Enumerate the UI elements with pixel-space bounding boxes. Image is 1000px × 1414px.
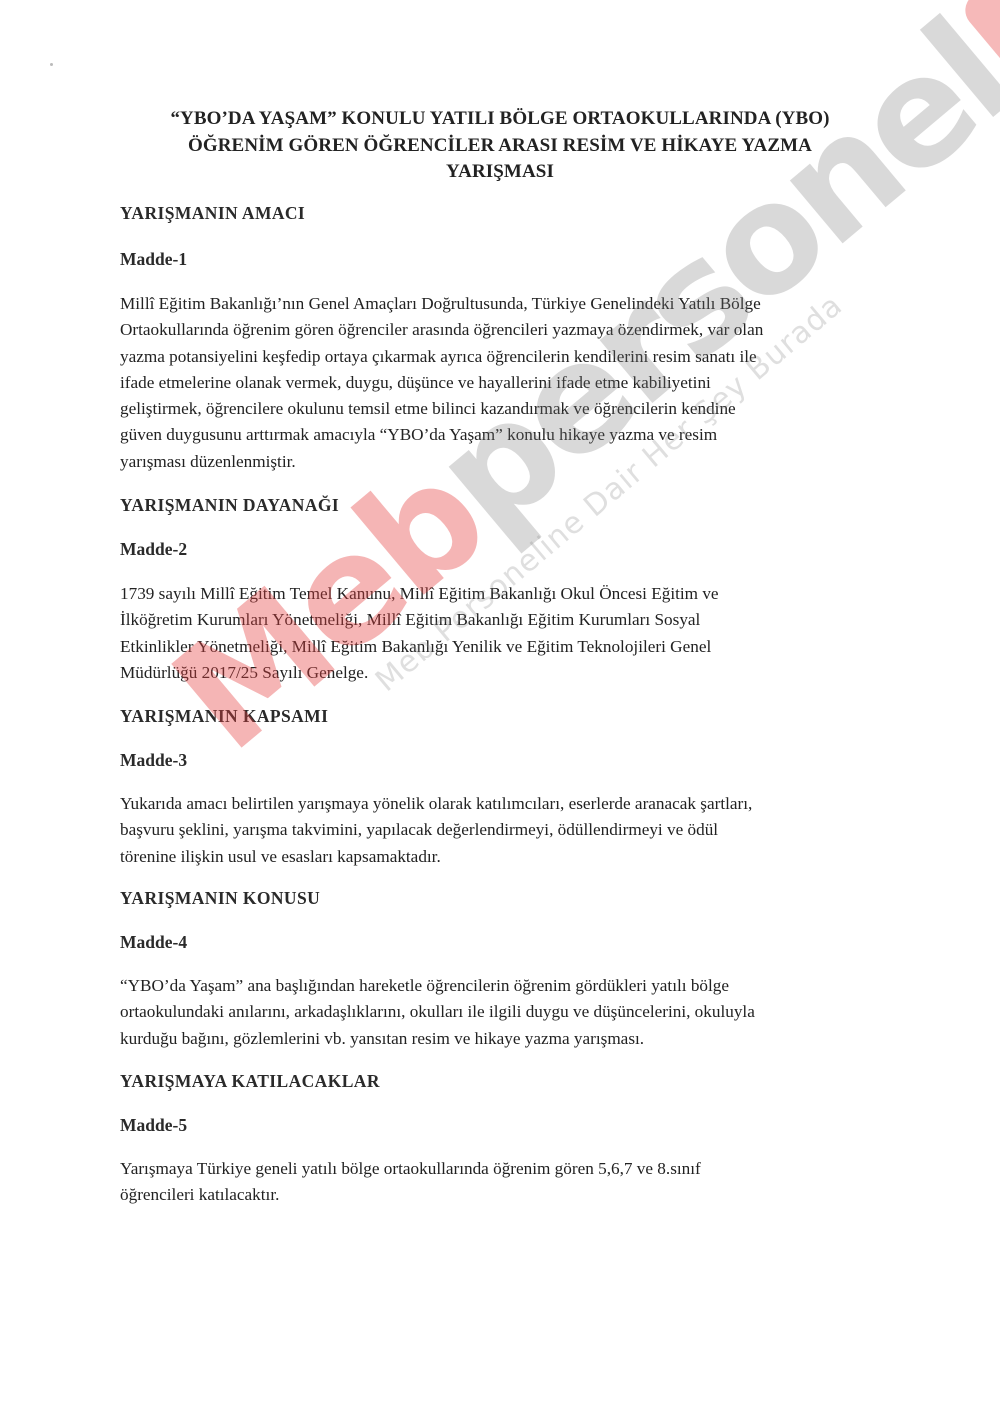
text-line: “YBO’da Yaşam” ana başlığından hareketle… bbox=[120, 973, 880, 999]
scan-speck bbox=[50, 63, 53, 66]
section-heading-kapsami: YARIŞMANIN KAPSAMI bbox=[120, 706, 328, 727]
text-line: Etkinlikler Yönetmeliği, Millî Eğitim Ba… bbox=[120, 634, 880, 660]
title-line-1: “YBO’DA YAŞAM” KONULU YATILI BÖLGE ORTAO… bbox=[100, 106, 900, 133]
text-line: başvuru şeklini, yarışma takvimini, yapı… bbox=[120, 817, 880, 843]
text-line: yarışması düzenlenmiştir. bbox=[120, 449, 880, 475]
text-line: ifade etmelerine olanak vermek, duygu, d… bbox=[120, 370, 880, 396]
madde-3-text: Yukarıda amacı belirtilen yarışmaya yöne… bbox=[120, 791, 880, 870]
madde-2-text: 1739 sayılı Millî Eğitim Temel Kanunu, M… bbox=[120, 581, 880, 686]
document-title: “YBO’DA YAŞAM” KONULU YATILI BÖLGE ORTAO… bbox=[100, 106, 900, 186]
text-line: Yukarıda amacı belirtilen yarışmaya yöne… bbox=[120, 791, 880, 817]
text-line: geliştirmek, öğrencilere okulunu temsil … bbox=[120, 396, 880, 422]
section-heading-dayanagi: YARIŞMANIN DAYANAĞI bbox=[120, 495, 339, 516]
text-line: yazma potansiyelini keşfedip ortaya çıka… bbox=[120, 344, 880, 370]
document-page: “YBO’DA YAŞAM” KONULU YATILI BÖLGE ORTAO… bbox=[0, 0, 1000, 1414]
text-line: Yarışmaya Türkiye geneli yatılı bölge or… bbox=[120, 1156, 880, 1182]
section-heading-amaci: YARIŞMANIN AMACI bbox=[120, 203, 305, 224]
text-line: Ortaokullarında öğrenim gören öğrenciler… bbox=[120, 317, 880, 343]
madde-5-text: Yarışmaya Türkiye geneli yatılı bölge or… bbox=[120, 1156, 880, 1209]
text-line: İlköğretim Kurumları Yönetmeliği, Millî … bbox=[120, 607, 880, 633]
madde-3-label: Madde-3 bbox=[120, 750, 187, 771]
madde-5-label: Madde-5 bbox=[120, 1115, 187, 1136]
section-heading-konusu: YARIŞMANIN KONUSU bbox=[120, 888, 320, 909]
madde-2-label: Madde-2 bbox=[120, 539, 187, 560]
section-heading-katilacaklar: YARIŞMAYA KATILACAKLAR bbox=[120, 1071, 380, 1092]
text-line: 1739 sayılı Millî Eğitim Temel Kanunu, M… bbox=[120, 581, 880, 607]
madde-4-label: Madde-4 bbox=[120, 932, 187, 953]
text-line: Müdürlüğü 2017/25 Sayılı Genelge. bbox=[120, 660, 880, 686]
title-line-2: ÖĞRENİM GÖREN ÖĞRENCİLER ARASI RESİM VE … bbox=[100, 133, 900, 160]
madde-1-text: Millî Eğitim Bakanlığı’nın Genel Amaçlar… bbox=[120, 291, 880, 475]
madde-1-label: Madde-1 bbox=[120, 249, 187, 270]
text-line: kurduğu bağını, gözlemlerini vb. yansıta… bbox=[120, 1026, 880, 1052]
text-line: törenine ilişkin usul ve esasları kapsam… bbox=[120, 844, 880, 870]
title-line-3: YARIŞMASI bbox=[100, 159, 900, 186]
text-line: ortaokulundaki anılarını, arkadaşlıkları… bbox=[120, 999, 880, 1025]
text-line: öğrencileri katılacaktır. bbox=[120, 1182, 880, 1208]
text-line: güven duygusunu arttırmak amacıyla “YBO’… bbox=[120, 422, 880, 448]
madde-4-text: “YBO’da Yaşam” ana başlığından hareketle… bbox=[120, 973, 880, 1052]
text-line: Millî Eğitim Bakanlığı’nın Genel Amaçlar… bbox=[120, 291, 880, 317]
